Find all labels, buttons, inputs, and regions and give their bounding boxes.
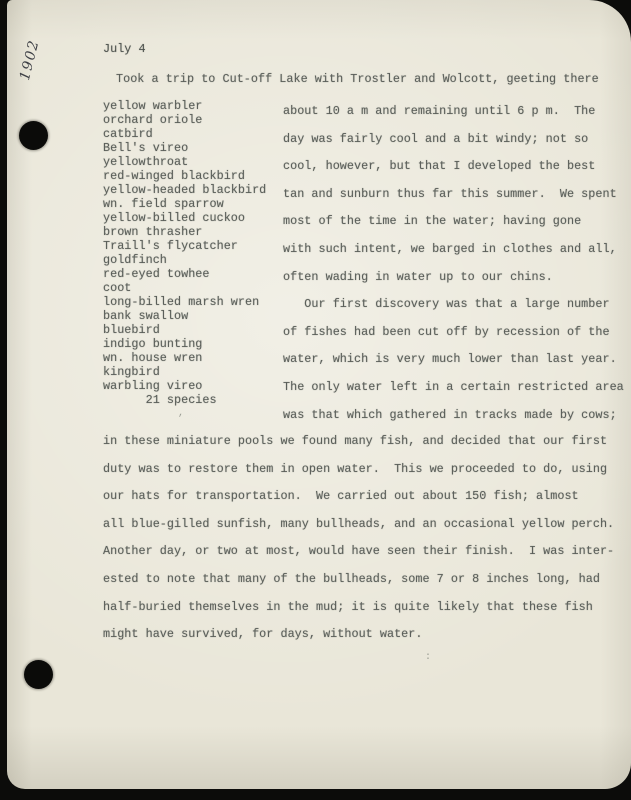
journal-text-line: all blue-gilled sunfish, many bullheads,… (103, 511, 614, 539)
bird-species-list: yellow warblerorchard oriolecatbirdBell'… (103, 99, 266, 393)
journal-text-line: day was fairly cool and a bit windy; not… (283, 126, 624, 154)
bird-list-item: coot (103, 281, 266, 295)
bird-list-item: Traill's flycatcher (103, 239, 266, 253)
bird-list-item: red-eyed towhee (103, 267, 266, 281)
bird-list-item: yellow warbler (103, 99, 266, 113)
bird-list-item: yellow-billed cuckoo (103, 211, 266, 225)
bird-list-item: warbling vireo (103, 379, 266, 393)
punch-hole-top (19, 121, 48, 150)
bird-list-item: Bell's vireo (103, 141, 266, 155)
journal-text-right-column: about 10 a m and remaining until 6 p m. … (283, 98, 624, 429)
bird-list-item: red-winged blackbird (103, 169, 266, 183)
journal-text-line: most of the time in the water; having go… (283, 208, 624, 236)
journal-text-line: about 10 a m and remaining until 6 p m. … (283, 98, 624, 126)
date-heading: July 4 (103, 42, 146, 56)
journal-text-line: was that which gathered in tracks made b… (283, 402, 624, 430)
bird-list-item: long-billed marsh wren (103, 295, 266, 309)
stray-ink-mark: , (178, 408, 184, 419)
species-count: 21 species (103, 393, 217, 407)
bird-list-item: catbird (103, 127, 266, 141)
stray-ink-mark: : (425, 652, 431, 663)
bird-list-item: yellow-headed blackbird (103, 183, 266, 197)
journal-text-line: half-buried themselves in the mud; it is… (103, 594, 614, 622)
journal-text-line: might have survived, for days, without w… (103, 621, 614, 649)
punch-hole-bottom (24, 660, 53, 689)
bird-list-item: wn. house wren (103, 351, 266, 365)
bird-list-item: bluebird (103, 323, 266, 337)
journal-text-line: duty was to restore them in open water. … (103, 456, 614, 484)
bird-list-item: kingbird (103, 365, 266, 379)
journal-text-line: water, which is very much lower than las… (283, 346, 624, 374)
journal-text-line: our hats for transportation. We carried … (103, 483, 614, 511)
journal-text-full-width: in these miniature pools we found many f… (103, 428, 614, 649)
journal-text-line: Another day, or two at most, would have … (103, 538, 614, 566)
journal-text-line: Our first discovery was that a large num… (283, 291, 624, 319)
journal-text-line: of fishes had been cut off by recession … (283, 319, 624, 347)
journal-text-line: often wading in water up to our chins. (283, 264, 624, 292)
journal-text-line: tan and sunburn thus far this summer. We… (283, 181, 624, 209)
journal-intro-line: Took a trip to Cut-off Lake with Trostle… (116, 72, 599, 86)
scanned-journal-page: 1902 July 4 Took a trip to Cut-off Lake … (7, 0, 631, 789)
journal-text-line: ested to note that many of the bullheads… (103, 566, 614, 594)
journal-text-line: in these miniature pools we found many f… (103, 428, 614, 456)
bird-list-item: goldfinch (103, 253, 266, 267)
bird-list-item: yellowthroat (103, 155, 266, 169)
bird-list-item: indigo bunting (103, 337, 266, 351)
bird-list-item: brown thrasher (103, 225, 266, 239)
journal-text-line: cool, however, but that I developed the … (283, 153, 624, 181)
bird-list-item: wn. field sparrow (103, 197, 266, 211)
bird-list-item: orchard oriole (103, 113, 266, 127)
bird-list-item: bank swallow (103, 309, 266, 323)
handwritten-year-annotation: 1902 (17, 38, 43, 82)
journal-text-line: with such intent, we barged in clothes a… (283, 236, 624, 264)
journal-text-line: The only water left in a certain restric… (283, 374, 624, 402)
